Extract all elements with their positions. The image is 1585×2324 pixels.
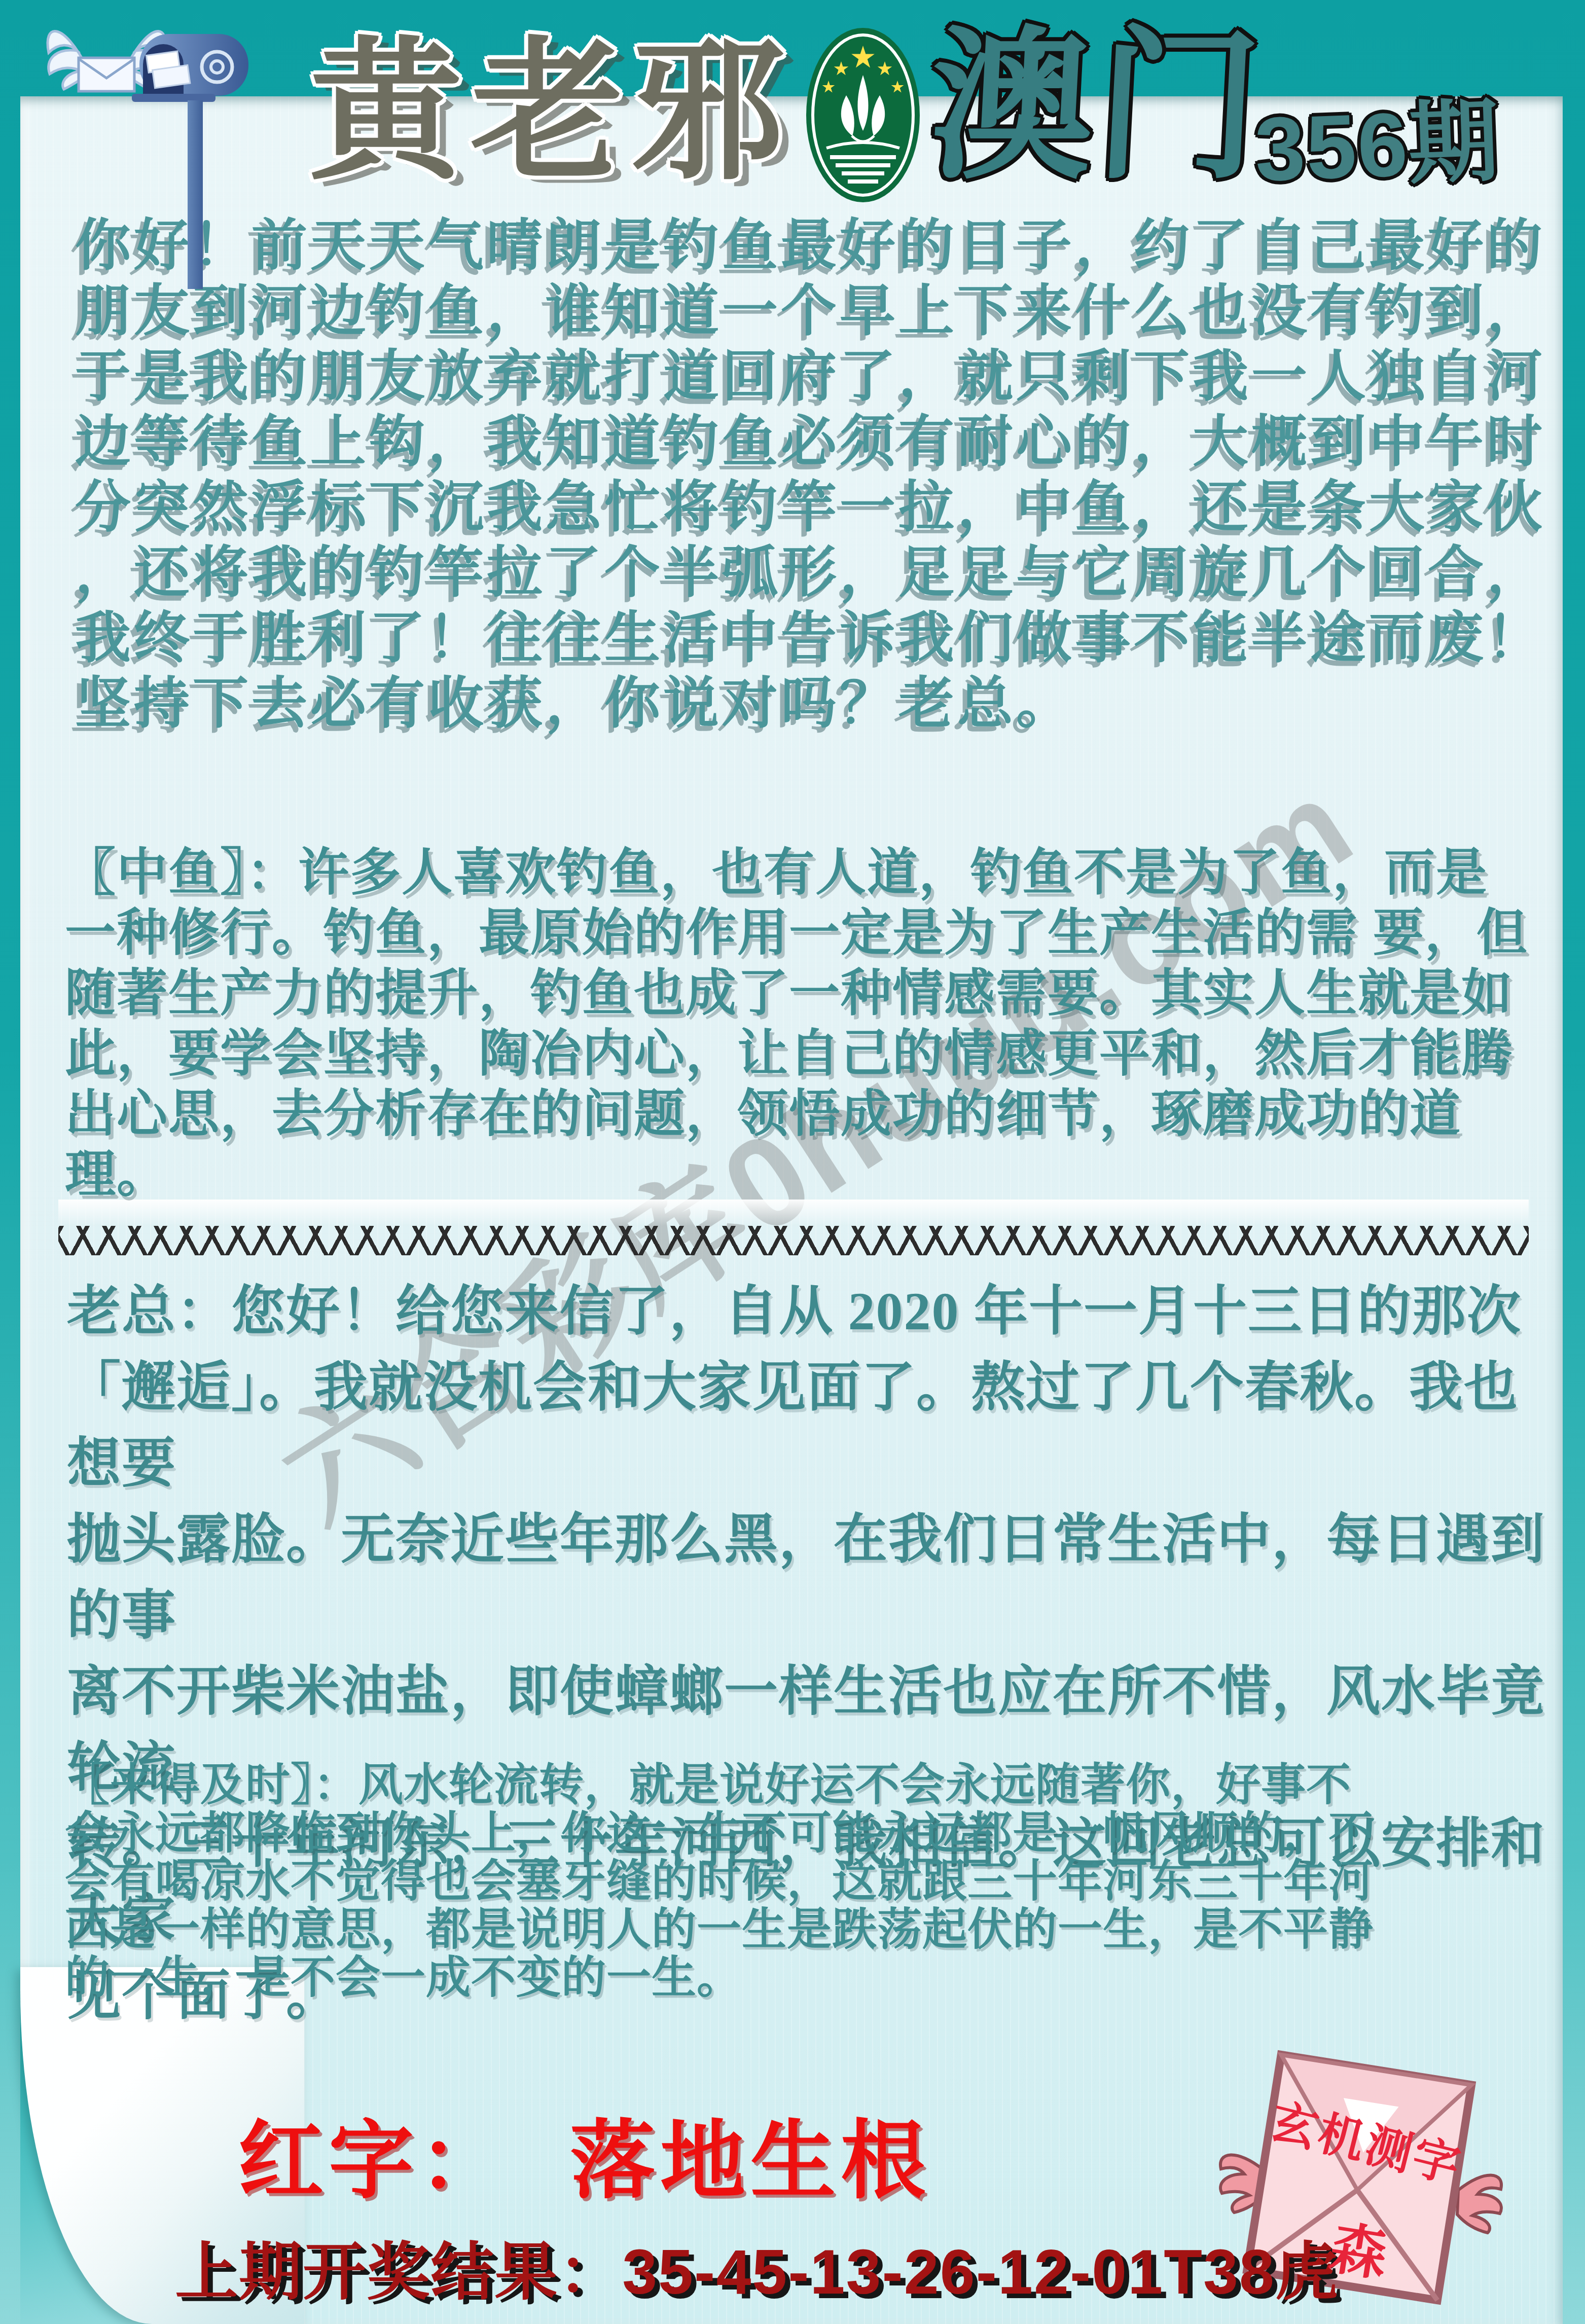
- macau-lotus-logo-icon: [804, 26, 923, 204]
- intro-paragraph: 你好！前天天气晴朗是钓鱼最好的日子，约了自己最好的 朋友到河边钓鱼，谁知道一个早…: [75, 213, 1545, 736]
- red-word-line: 红字：落地生根: [238, 2118, 931, 2203]
- zhongyu-paragraph: 〖中鱼〗：许多人喜欢钓鱼，也有人道，钓鱼不是为了鱼，而是 一种修行。钓鱼，最原始…: [65, 843, 1545, 1205]
- stitch-divider: [58, 1226, 1529, 1255]
- right-wing-icon: [1457, 2175, 1501, 2233]
- laidejishi-paragraph: 〖来得及时〗：风水轮流转，就是说好运不会永远随著你，好事不 会永远都降临到你头上…: [65, 1760, 1556, 2001]
- mailbox-body-icon: [132, 34, 248, 289]
- region-title: 澳门: [926, 25, 1268, 189]
- lottery-letter-poster: 六合彩库0huuu.com: [0, 0, 1585, 2324]
- red-word-value: 落地生根: [570, 2113, 931, 2208]
- mailbox-icon: [30, 6, 294, 300]
- red-word-label: 红字：: [238, 2113, 509, 2208]
- issue-number: 356期: [1253, 96, 1501, 195]
- previous-result-numbers: 35-45-13-26-12-01T38虎: [622, 2237, 1339, 2307]
- previous-result-label: 上期开奖结果：: [175, 2237, 622, 2307]
- brand-title: 黄老邪: [309, 35, 793, 189]
